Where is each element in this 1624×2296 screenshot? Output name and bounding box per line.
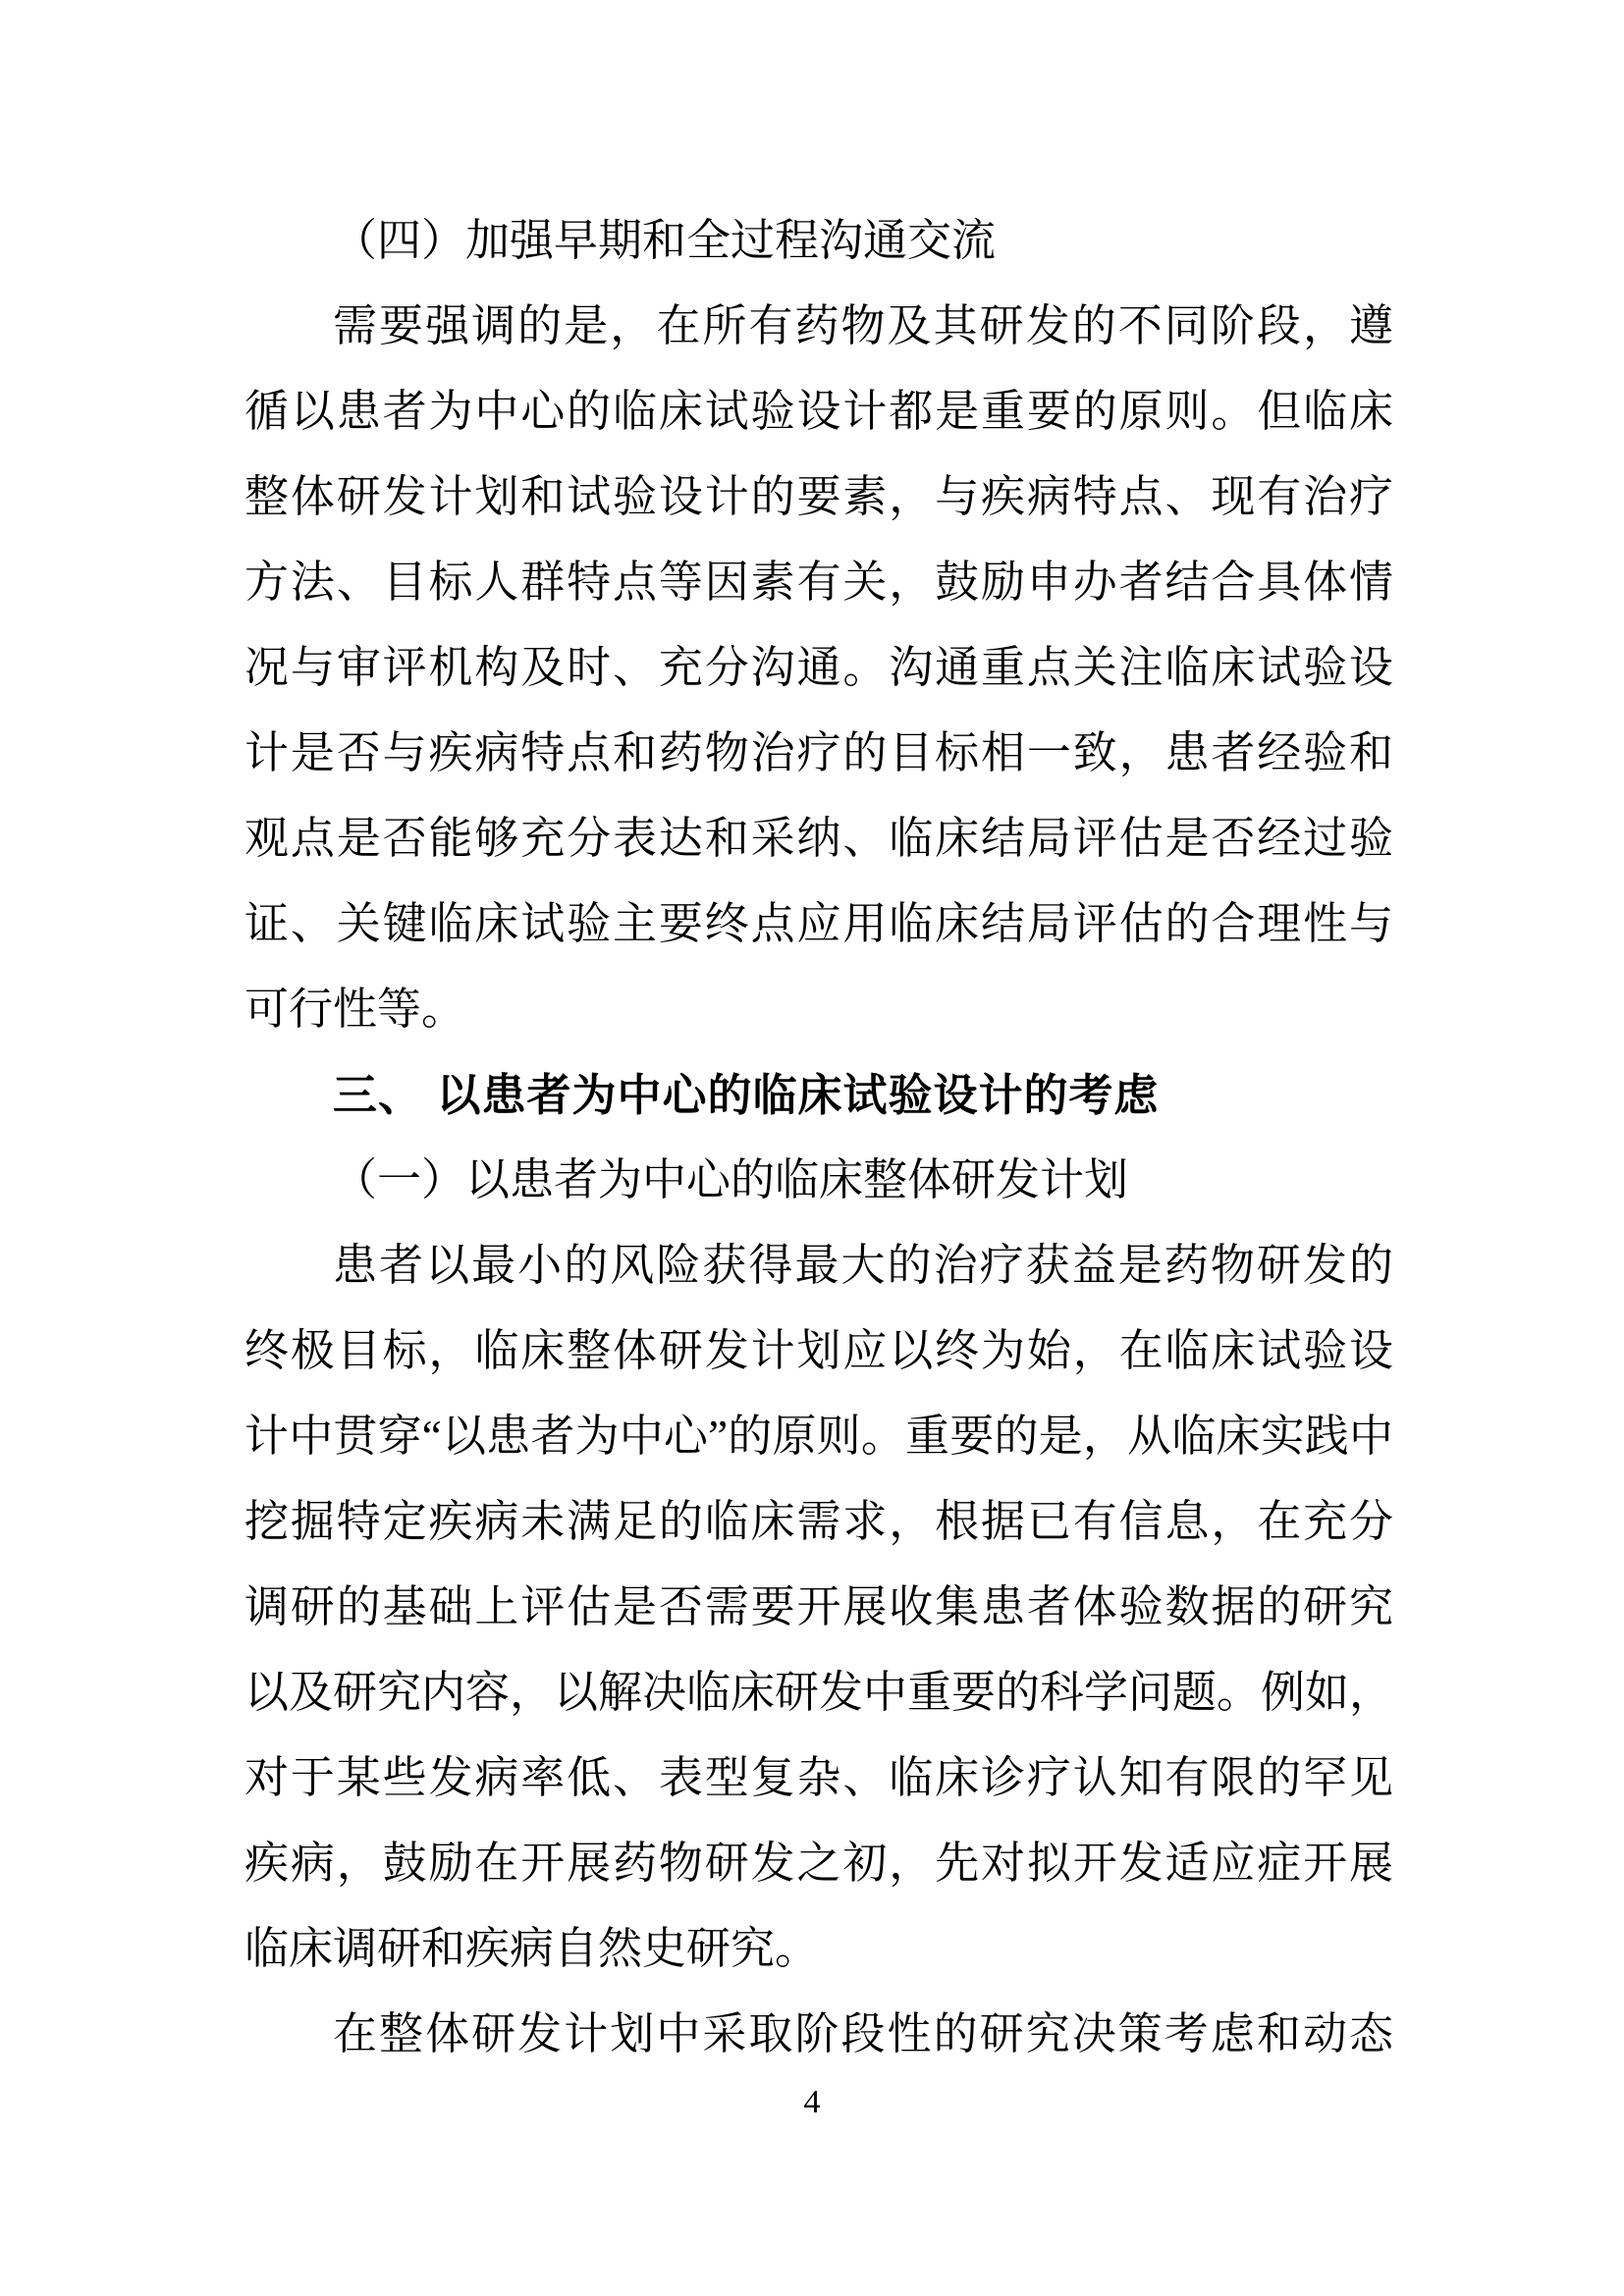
document-page: （四）加强早期和全过程沟通交流 需要强调的是，在所有药物及其研发的不同阶段，遵 …	[0, 0, 1624, 2296]
body-line: 疾病，鼓励在开展药物研发之初，先对拟开发适应症开展	[244, 1821, 1393, 1906]
section-heading-design-considerations: 三、 以患者为中心的临床试验设计的考虑	[244, 1052, 1393, 1138]
body-line: 计是否与疾病特点和药物治疗的目标相一致，患者经验和	[244, 711, 1393, 796]
body-line: 在整体研发计划中采取阶段性的研究决策考虑和动态	[244, 1992, 1393, 2077]
body-line: 患者以最小的风险获得最大的治疗获益是药物研发的	[244, 1223, 1393, 1308]
page-number: 4	[0, 2083, 1624, 2122]
body-line: 证、关键临床试验主要终点应用临床结局评估的合理性与	[244, 881, 1393, 967]
body-line: 方法、目标人群特点等因素有关，鼓励申办者结合具体情	[244, 540, 1393, 625]
body-line: 整体研发计划和试验设计的要素，与疾病特点、现有治疗	[244, 454, 1393, 540]
body-line: 况与审评机构及时、充分沟通。沟通重点关注临床试验设	[244, 625, 1393, 711]
subsection-heading-communication: （四）加强早期和全过程沟通交流	[244, 198, 1393, 284]
body-line: 对于某些发病率低、表型复杂、临床诊疗认知有限的罕见	[244, 1735, 1393, 1821]
document-body: （四）加强早期和全过程沟通交流 需要强调的是，在所有药物及其研发的不同阶段，遵 …	[244, 198, 1393, 2077]
body-line: 终极目标，临床整体研发计划应以终为始，在临床试验设	[244, 1308, 1393, 1394]
body-line: 可行性等。	[244, 967, 1393, 1052]
subsection-heading-overall-plan: （一）以患者为中心的临床整体研发计划	[244, 1138, 1393, 1223]
body-line: 挖掘特定疾病未满足的临床需求，根据已有信息，在充分	[244, 1479, 1393, 1565]
body-line: 需要强调的是，在所有药物及其研发的不同阶段，遵	[244, 284, 1393, 369]
body-line: 计中贯穿“以患者为中心”的原则。重要的是，从临床实践中	[244, 1394, 1393, 1479]
body-line: 调研的基础上评估是否需要开展收集患者体验数据的研究	[244, 1565, 1393, 1650]
body-line: 观点是否能够充分表达和采纳、临床结局评估是否经过验	[244, 796, 1393, 881]
body-line: 临床调研和疾病自然史研究。	[244, 1906, 1393, 1992]
body-line: 循以患者为中心的临床试验设计都是重要的原则。但临床	[244, 369, 1393, 454]
body-line: 以及研究内容，以解决临床研发中重要的科学问题。例如，	[244, 1650, 1393, 1735]
